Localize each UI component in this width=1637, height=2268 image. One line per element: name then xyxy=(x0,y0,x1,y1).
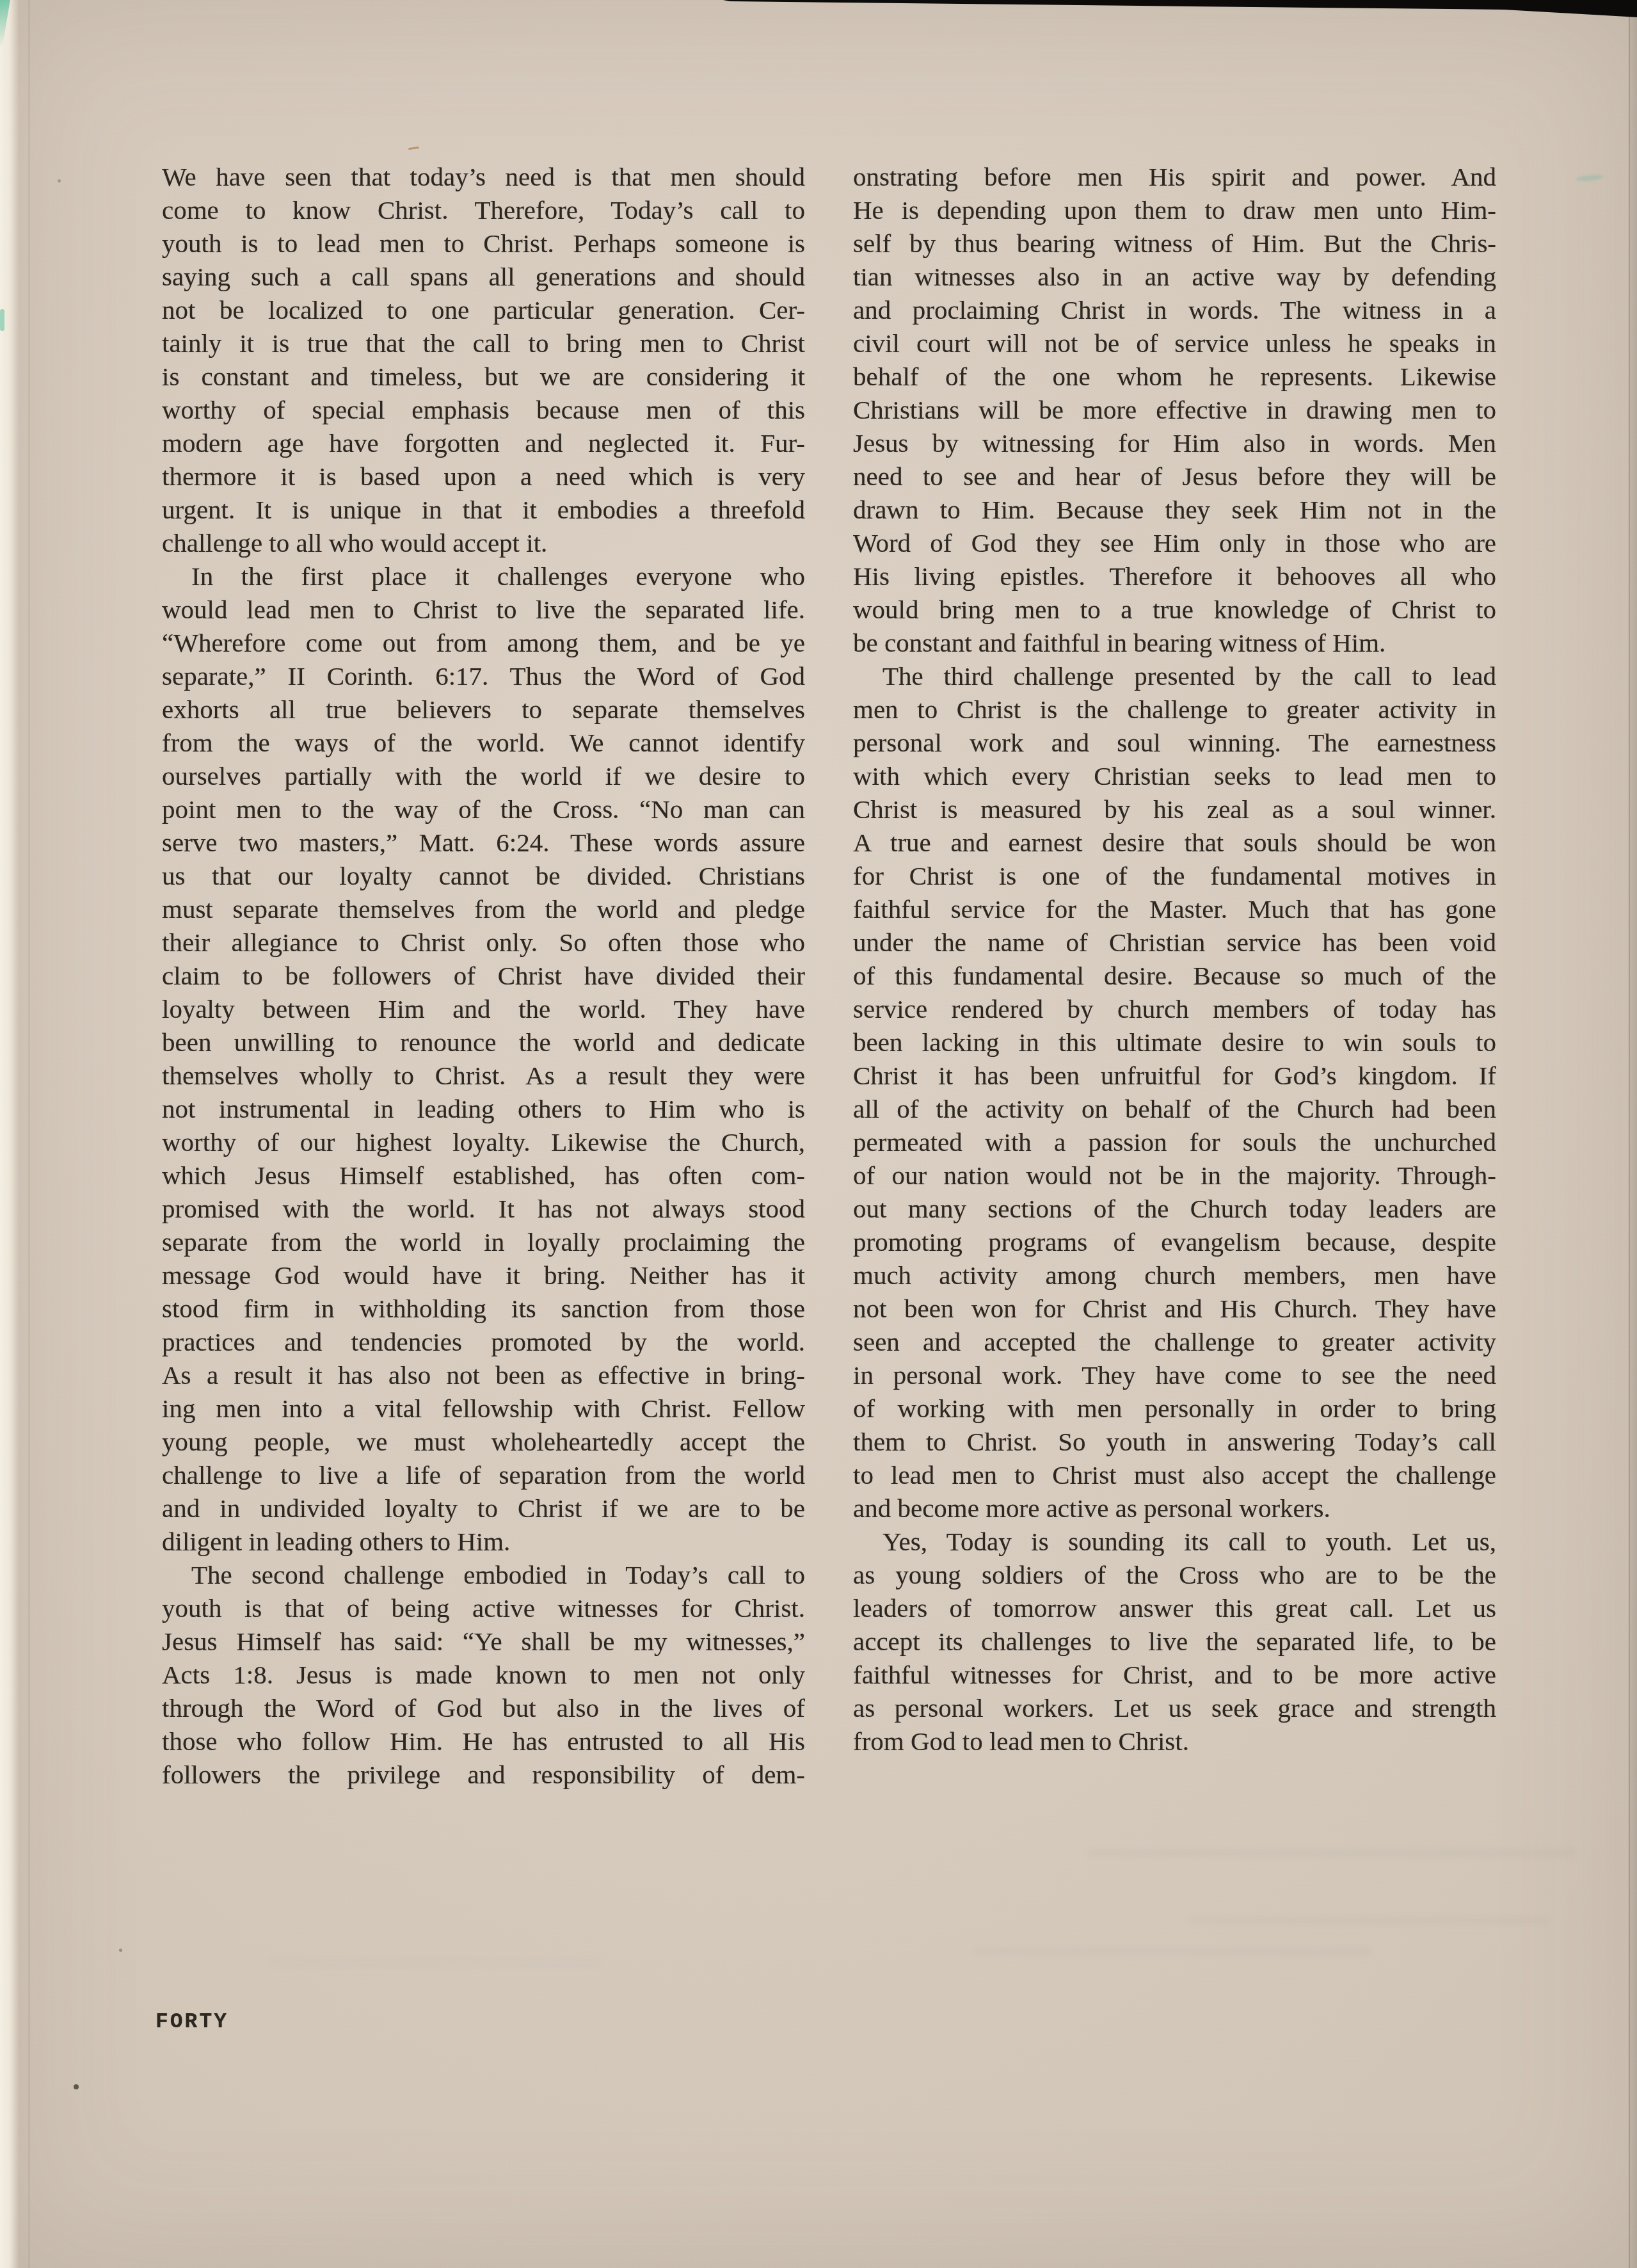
text-line: point men to the way of the Cross. “No m… xyxy=(162,792,805,826)
text-line: men to Christ is the challenge to greate… xyxy=(853,693,1496,726)
text-line: urgent. It is unique in that it embodies… xyxy=(162,493,805,526)
text-line: The second challenge embodied in Today’s… xyxy=(162,1558,805,1591)
text-line: in personal work. They have come to see … xyxy=(853,1358,1496,1392)
text-line: diligent in leading others to Him. xyxy=(162,1525,805,1558)
text-line: seen and accepted the challenge to great… xyxy=(853,1325,1496,1358)
text-line: thermore it is based upon a need which i… xyxy=(162,460,805,493)
text-line: all of the activity on behalf of the Chu… xyxy=(853,1092,1496,1125)
text-line: Jesus by witnessing for Him also in word… xyxy=(853,426,1496,460)
text-line: not be localized to one particular gener… xyxy=(162,293,805,326)
text-line: loyalty between Him and the world. They … xyxy=(162,992,805,1025)
text-line: been lacking in this ultimate desire to … xyxy=(853,1025,1496,1059)
text-line: leaders of tomorrow answer this great ca… xyxy=(853,1591,1496,1625)
text-line: worthy of our highest loyalty. Likewise … xyxy=(162,1125,805,1159)
page-crease xyxy=(28,0,30,2268)
text-line: saying such a call spans all generations… xyxy=(162,260,805,293)
text-line: youth is that of being active witnesses … xyxy=(162,1591,805,1625)
paper-mark xyxy=(408,147,419,150)
text-line: would lead men to Christ to live the sep… xyxy=(162,593,805,626)
text-line: would bring men to a true knowledge of C… xyxy=(853,593,1496,626)
text-line: is constant and timeless, but we are con… xyxy=(162,360,805,393)
text-line: A true and earnest desire that souls sho… xyxy=(853,826,1496,859)
text-line: challenge to all who would accept it. xyxy=(162,526,805,559)
text-line: ourselves partially with the world if we… xyxy=(162,759,805,792)
text-line: need to see and hear of Jesus before the… xyxy=(853,460,1496,493)
text-line: He is depending upon them to draw men un… xyxy=(853,193,1496,227)
text-line: must separate themselves from the world … xyxy=(162,892,805,926)
text-line: serve two masters,” Matt. 6:24. These wo… xyxy=(162,826,805,859)
text-line: self by thus bearing witness of Him. But… xyxy=(853,227,1496,260)
text-line: Word of God they see Him only in those w… xyxy=(853,526,1496,559)
text-line: Jesus Himself has said: “Ye shall be my … xyxy=(162,1625,805,1658)
text-line: Christ it has been unfruitful for God’s … xyxy=(853,1059,1496,1092)
text-line: separate from the world in loyally procl… xyxy=(162,1225,805,1259)
print-ghosting xyxy=(1088,1849,1574,1857)
text-line: which Jesus Himself established, has oft… xyxy=(162,1159,805,1192)
paper-speck xyxy=(119,1949,122,1952)
text-line: Christians will be more effective in dra… xyxy=(853,393,1496,426)
text-line: service rendered by church members of to… xyxy=(853,992,1496,1025)
text-line: be constant and faithful in bearing witn… xyxy=(853,626,1496,659)
text-line: stood firm in withholding its sanction f… xyxy=(162,1292,805,1325)
text-line: tian witnesses also in an active way by … xyxy=(853,260,1496,293)
text-line: youth is to lead men to Christ. Perhaps … xyxy=(162,227,805,260)
paper-speck xyxy=(58,179,61,182)
text-line: onstrating before men His spirit and pow… xyxy=(853,160,1496,193)
ink-smudge xyxy=(1576,174,1604,182)
text-line: modern age have forgotten and neglected … xyxy=(162,426,805,460)
text-line: message God would have it bring. Neither… xyxy=(162,1259,805,1292)
text-line: claim to be followers of Christ have div… xyxy=(162,959,805,992)
text-line: ing men into a vital fellowship with Chr… xyxy=(162,1392,805,1425)
text-line: young people, we must wholeheartedly acc… xyxy=(162,1425,805,1458)
scan-sliver-teal xyxy=(0,309,4,331)
text-line: We have seen that today’s need is that m… xyxy=(162,160,805,193)
text-line: of working with men personally in order … xyxy=(853,1392,1496,1425)
text-line: separate,” II Corinth. 6:17. Thus the Wo… xyxy=(162,659,805,693)
text-line: themselves wholly to Christ. As a result… xyxy=(162,1059,805,1092)
text-line: under the name of Christian service has … xyxy=(853,926,1496,959)
text-line: promised with the world. It has not alwa… xyxy=(162,1192,805,1225)
text-line: them to Christ. So youth in answering To… xyxy=(853,1425,1496,1458)
print-ghosting xyxy=(1190,1917,1549,1924)
text-line: worthy of special emphasis because men o… xyxy=(162,393,805,426)
text-line: of this fundamental desire. Because so m… xyxy=(853,959,1496,992)
text-line: challenge to live a life of separation f… xyxy=(162,1458,805,1492)
text-line: from God to lead men to Christ. xyxy=(853,1725,1496,1758)
text-line: and in undivided loyalty to Christ if we… xyxy=(162,1492,805,1525)
text-column-right: onstrating before men His spirit and pow… xyxy=(853,160,1496,1758)
text-line: their allegiance to Christ only. So ofte… xyxy=(162,926,805,959)
text-line: out many sections of the Church today le… xyxy=(853,1192,1496,1225)
text-line: as personal workers. Let us seek grace a… xyxy=(853,1691,1496,1725)
text-line: Yes, Today is sounding its call to youth… xyxy=(853,1525,1496,1558)
text-line: much activity among church members, men … xyxy=(853,1259,1496,1292)
text-line: not instrumental in leading others to Hi… xyxy=(162,1092,805,1125)
text-line: as young soldiers of the Cross who are t… xyxy=(853,1558,1496,1591)
paper-speck xyxy=(74,2084,79,2089)
text-line: with which every Christian seeks to lead… xyxy=(853,759,1496,792)
text-line: Christ is measured by his zeal as a soul… xyxy=(853,792,1496,826)
text-line: those who follow Him. He has entrusted t… xyxy=(162,1725,805,1758)
text-line: not been won for Christ and His Church. … xyxy=(853,1292,1496,1325)
text-line: His living epistles. Therefore it behoov… xyxy=(853,559,1496,593)
text-line: and proclaiming Christ in words. The wit… xyxy=(853,293,1496,326)
text-line: faithful witnesses for Christ, and to be… xyxy=(853,1658,1496,1691)
text-line: The third challenge presented by the cal… xyxy=(853,659,1496,693)
text-line: practices and tendencies promoted by the… xyxy=(162,1325,805,1358)
text-line: civil court will not be of service unles… xyxy=(853,326,1496,360)
text-line: through the Word of God but also in the … xyxy=(162,1691,805,1725)
text-column-left: We have seen that today’s need is that m… xyxy=(162,160,805,1791)
print-ghosting xyxy=(269,1959,602,1966)
text-line: behalf of the one whom he represents. Li… xyxy=(853,360,1496,393)
text-line: from the ways of the world. We cannot id… xyxy=(162,726,805,759)
text-line: to lead men to Christ must also accept t… xyxy=(853,1458,1496,1492)
text-line: permeated with a passion for souls the u… xyxy=(853,1125,1496,1159)
page-number: FORTY xyxy=(156,2010,228,2034)
text-line: In the first place it challenges everyon… xyxy=(162,559,805,593)
text-line: tainly it is true that the call to bring… xyxy=(162,326,805,360)
text-line: Acts 1:8. Jesus is made known to men not… xyxy=(162,1658,805,1691)
scanned-book-page: We have seen that today’s need is that m… xyxy=(0,0,1637,2268)
text-line: us that our loyalty cannot be divided. C… xyxy=(162,859,805,892)
text-line: and become more active as personal worke… xyxy=(853,1492,1496,1525)
text-line: exhorts all true believers to separate t… xyxy=(162,693,805,726)
scan-edge-top-black xyxy=(0,0,1637,22)
text-line: of our nation would not be in the majori… xyxy=(853,1159,1496,1192)
text-line: “Wherefore come out from among them, and… xyxy=(162,626,805,659)
scan-edge-left xyxy=(0,0,19,2268)
text-line: accept its challenges to live the separa… xyxy=(853,1625,1496,1658)
text-line: personal work and soul winning. The earn… xyxy=(853,726,1496,759)
text-line: As a result it has also not been as effe… xyxy=(162,1358,805,1392)
scan-edge-right xyxy=(1630,0,1637,2268)
text-line: for Christ is one of the fundamental mot… xyxy=(853,859,1496,892)
text-line: promoting programs of evangelism because… xyxy=(853,1225,1496,1259)
text-line: faithful service for the Master. Much th… xyxy=(853,892,1496,926)
text-line: drawn to Him. Because they seek Him not … xyxy=(853,493,1496,526)
text-line: followers the privilege and responsibili… xyxy=(162,1758,805,1791)
text-line: come to know Christ. Therefore, Today’s … xyxy=(162,193,805,227)
print-ghosting xyxy=(973,1948,1369,1955)
text-line: been unwilling to renounce the world and… xyxy=(162,1025,805,1059)
